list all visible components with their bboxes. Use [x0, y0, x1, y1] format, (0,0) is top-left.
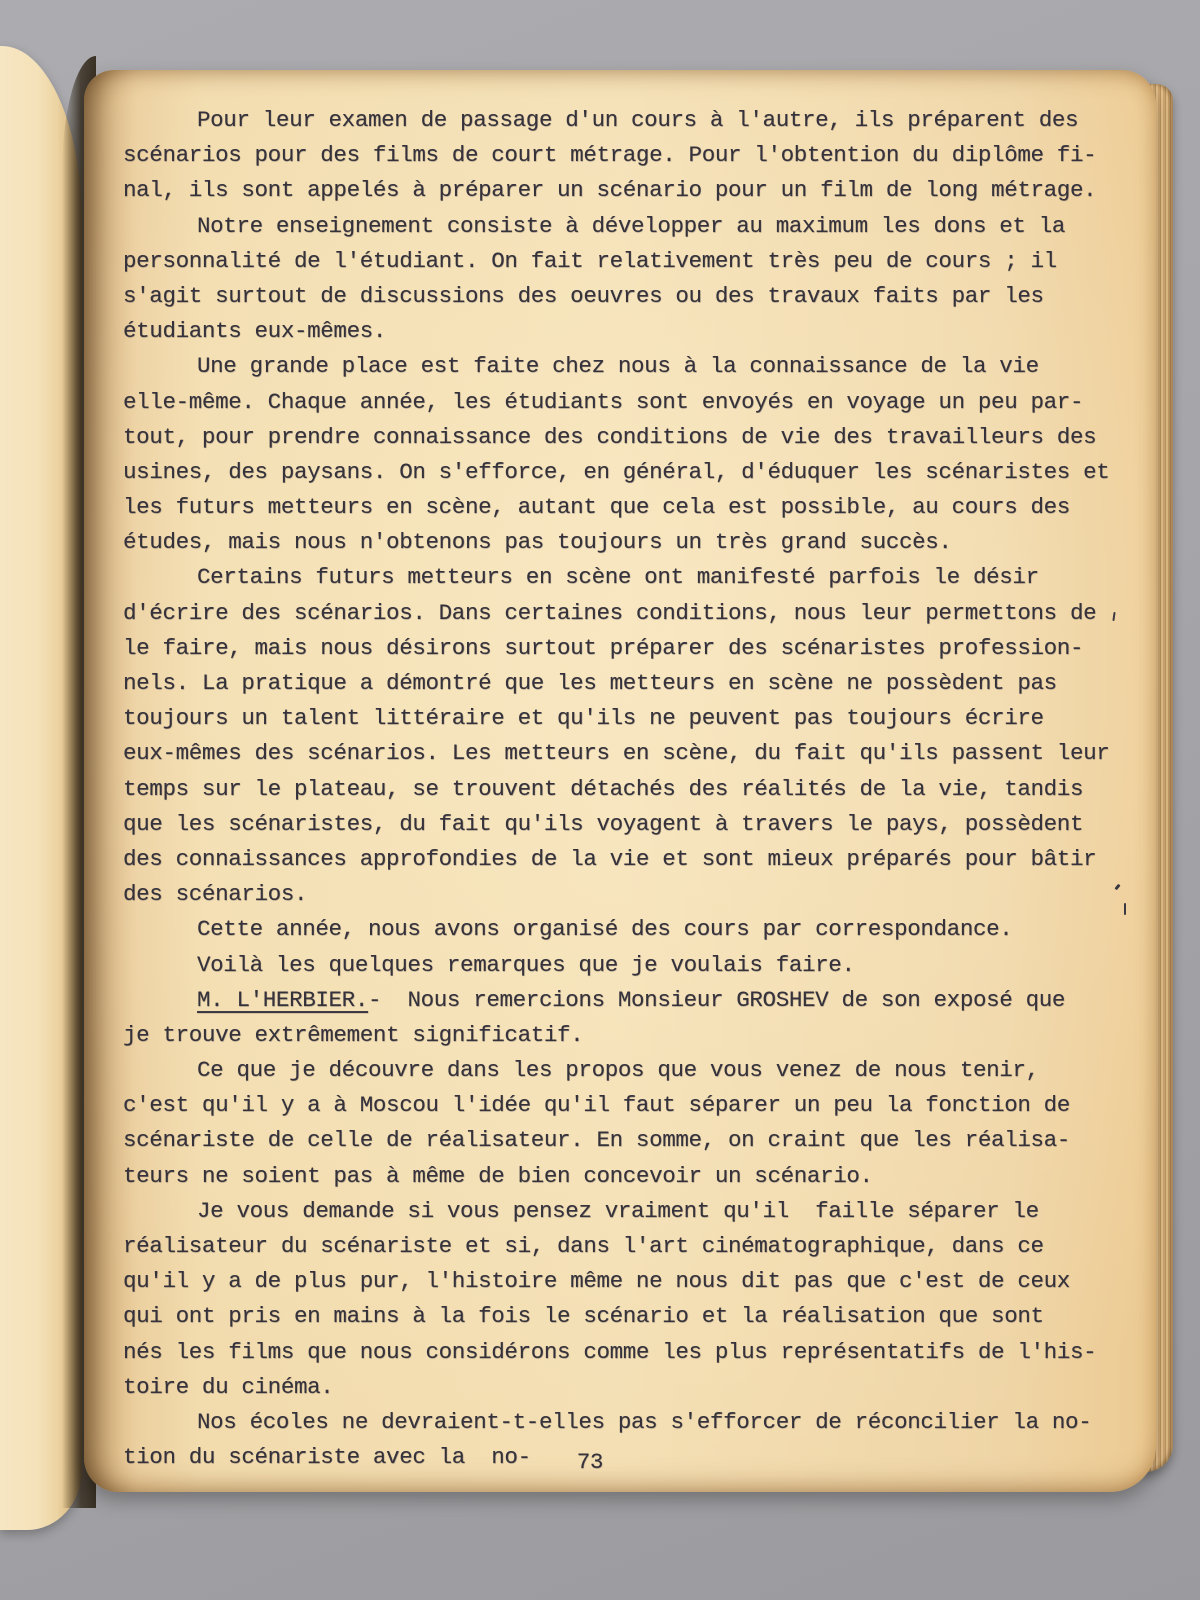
- text-line: tion du scénariste avec la no-73: [123, 1440, 1133, 1475]
- text-line: personnalité de l'étudiant. On fait rela…: [123, 244, 1133, 279]
- text-line: tout, pour prendre connaissance des cond…: [123, 420, 1133, 455]
- page-text: Pour leur examen de passage d'un cours à…: [123, 103, 1133, 1475]
- text-line: scénarios pour des films de court métrag…: [123, 138, 1133, 173]
- text-line: Ce que je découvre dans les propos que v…: [123, 1053, 1133, 1088]
- text-line: des connaissances approfondies de la vie…: [123, 842, 1133, 877]
- text-line: teurs ne soient pas à même de bien conce…: [123, 1159, 1133, 1194]
- ink-speck: [1124, 903, 1126, 915]
- text-line: nés les films que nous considérons comme…: [123, 1335, 1133, 1370]
- text-line: étudiants eux-mêmes.: [123, 314, 1133, 349]
- book-photo: Pour leur examen de passage d'un cours à…: [0, 0, 1200, 1600]
- text-line: M. L'HERBIER.- Nous remercions Monsieur …: [123, 983, 1133, 1018]
- text-line: c'est qu'il y a à Moscou l'idée qu'il fa…: [123, 1088, 1133, 1123]
- text-line: les futurs metteurs en scène, autant que…: [123, 490, 1133, 525]
- text-line: qu'il y a de plus pur, l'histoire même n…: [123, 1264, 1133, 1299]
- text-line: Certains futurs metteurs en scène ont ma…: [123, 560, 1133, 595]
- text-line: Pour leur examen de passage d'un cours à…: [123, 103, 1133, 138]
- text-line: des scénarios.: [123, 877, 1133, 912]
- page-number: 73: [577, 1445, 603, 1480]
- text-line: Voilà les quelques remarques que je voul…: [123, 948, 1133, 983]
- text-line: Une grande place est faite chez nous à l…: [123, 349, 1133, 384]
- text-line: scénariste de celle de réalisateur. En s…: [123, 1123, 1133, 1158]
- text-line: je trouve extrêmement significatif.: [123, 1018, 1133, 1053]
- text-line: nal, ils sont appelés à préparer un scén…: [123, 173, 1133, 208]
- text-line: eux-mêmes des scénarios. Les metteurs en…: [123, 736, 1133, 771]
- text-line: toire du cinéma.: [123, 1370, 1133, 1405]
- text-line: Cette année, nous avons organisé des cou…: [123, 912, 1133, 947]
- text-line: Notre enseignement consiste à développer…: [123, 209, 1133, 244]
- text-line: elle-même. Chaque année, les étudiants s…: [123, 385, 1133, 420]
- text-line: s'agit surtout de discussions des oeuvre…: [123, 279, 1133, 314]
- text-line: temps sur le plateau, se trouvent détach…: [123, 772, 1133, 807]
- text-line: d'écrire des scénarios. Dans certaines c…: [123, 596, 1133, 631]
- text-line: qui ont pris en mains à la fois le scéna…: [123, 1299, 1133, 1334]
- text-line: le faire, mais nous désirons surtout pré…: [123, 631, 1133, 666]
- text-line: toujours un talent littéraire et qu'ils …: [123, 701, 1133, 736]
- speaker-name: M. L'HERBIER.: [197, 987, 368, 1013]
- text-line: études, mais nous n'obtenons pas toujour…: [123, 525, 1133, 560]
- text-line: réalisateur du scénariste et si, dans l'…: [123, 1229, 1133, 1264]
- text-line: que les scénaristes, du fait qu'ils voya…: [123, 807, 1133, 842]
- text-line: usines, des paysans. On s'efforce, en gé…: [123, 455, 1133, 490]
- text-line: Je vous demande si vous pensez vraiment …: [123, 1194, 1133, 1229]
- text-line: nels. La pratique a démontré que les met…: [123, 666, 1133, 701]
- text-line: Nos écoles ne devraient-t-elles pas s'ef…: [123, 1405, 1133, 1440]
